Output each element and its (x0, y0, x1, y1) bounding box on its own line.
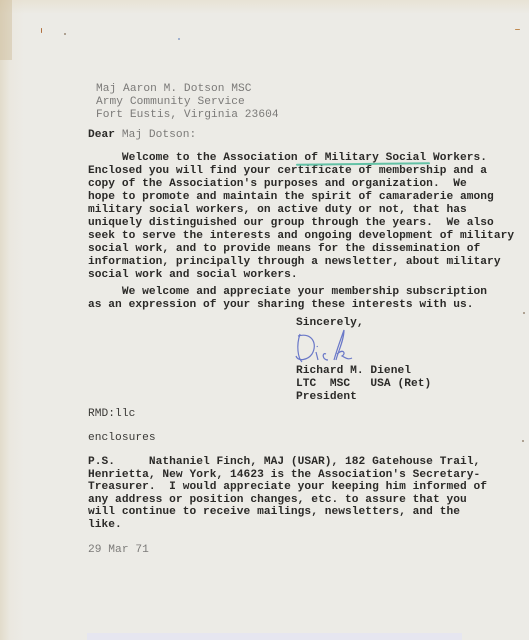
reference-initials: RMD:llc (88, 408, 135, 421)
signer-rank: LTC MSC USA (Ret) (296, 378, 431, 391)
postscript-line: any address or position changes, etc. to… (88, 494, 467, 507)
paragraph-line: uniquely distinguished our group through… (88, 217, 494, 230)
paragraph-line: social work and social workers. (88, 269, 298, 282)
paper-stain (0, 0, 12, 60)
salutation-word: Dear (88, 129, 115, 141)
paragraph-line: military social workers, on active duty … (88, 204, 467, 217)
enclosures-note: enclosures (88, 432, 156, 445)
paper-speck (523, 312, 525, 314)
postscript-line: Treasurer. I would appreciate your keepi… (88, 481, 487, 494)
salutation-name: Maj Dotson: (122, 129, 196, 141)
recipient-line: Army Community Service (96, 96, 245, 109)
paragraph-line: information, principally through a newsl… (88, 256, 501, 269)
postscript-line: like. (88, 519, 122, 532)
paper-speck (515, 29, 520, 30)
paper-speck (64, 33, 66, 35)
paragraph-line: hope to promote and maintain the spirit … (88, 191, 494, 204)
paragraph-line: copy of the Association's purposes and o… (88, 178, 467, 191)
salutation: Dear Maj Dotson: (88, 129, 196, 142)
recipient-line: Fort Eustis, Virginia 23604 (96, 109, 279, 122)
handwritten-signature (292, 326, 362, 366)
paper-speck (41, 28, 42, 33)
postscript-line: P.S. Nathaniel Finch, MAJ (USAR), 182 Ga… (88, 456, 480, 469)
postscript-line: Henrietta, New York, 14623 is the Associ… (88, 469, 480, 482)
signer-name: Richard M. Dienel (296, 365, 411, 378)
paper-speck (178, 38, 180, 40)
letter-page: Maj Aaron M. Dotson MSC Army Community S… (0, 0, 529, 640)
letter-date: 29 Mar 71 (88, 544, 149, 557)
postscript-line: will continue to receive mailings, newsl… (88, 506, 460, 519)
scan-edge-strip (87, 633, 462, 640)
paper-speck (522, 440, 524, 442)
paragraph-line: We welcome and appreciate your membershi… (88, 286, 487, 299)
paragraph-line: Enclosed you will find your certificate … (88, 165, 487, 178)
paragraph-line: as an expression of your sharing these i… (88, 299, 474, 312)
paragraph-line: social work, and to provide means for th… (88, 243, 480, 256)
recipient-line: Maj Aaron M. Dotson MSC (96, 83, 252, 96)
paragraph-line: seek to serve the interests and ongoing … (88, 230, 514, 243)
signer-title: President (296, 391, 357, 404)
